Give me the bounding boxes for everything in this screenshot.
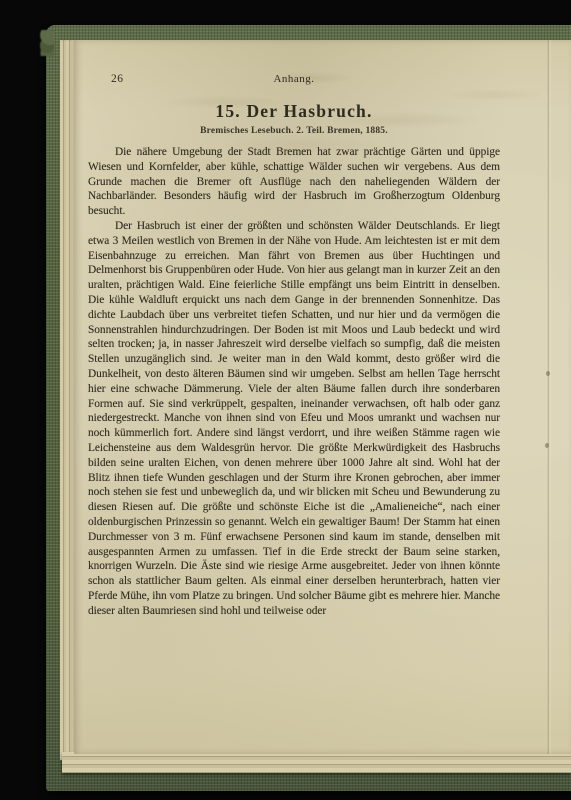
body-text: Die nähere Umgebung der Stadt Bremen hat… <box>88 145 500 619</box>
page-stack-left-edge <box>60 40 75 760</box>
body-paragraph-1: Die nähere Umgebung der Stadt Bremen hat… <box>88 145 500 219</box>
book-page: 26 Anhang. 15. Der Hasbruch. Bremisches … <box>74 40 571 754</box>
page-stack-bottom-edge <box>62 752 571 773</box>
page-content: 26 Anhang. 15. Der Hasbruch. Bremisches … <box>88 40 500 619</box>
page-crease <box>547 40 551 754</box>
running-title: Anhang. <box>88 73 500 85</box>
body-paragraph-2: Der Hasbruch ist einer der größten und s… <box>88 219 500 619</box>
page-header: 26 Anhang. <box>88 73 500 88</box>
paper-speck <box>546 371 550 376</box>
source-citation: Bremisches Lesebuch. 2. Teil. Bremen, 18… <box>88 126 500 136</box>
paper-speck <box>545 443 549 448</box>
page-number: 26 <box>111 73 124 85</box>
chapter-title: 15. Der Hasbruch. <box>88 101 500 122</box>
photo-backdrop: 26 Anhang. 15. Der Hasbruch. Bremisches … <box>0 0 571 800</box>
cover-corner-fray <box>40 30 54 56</box>
